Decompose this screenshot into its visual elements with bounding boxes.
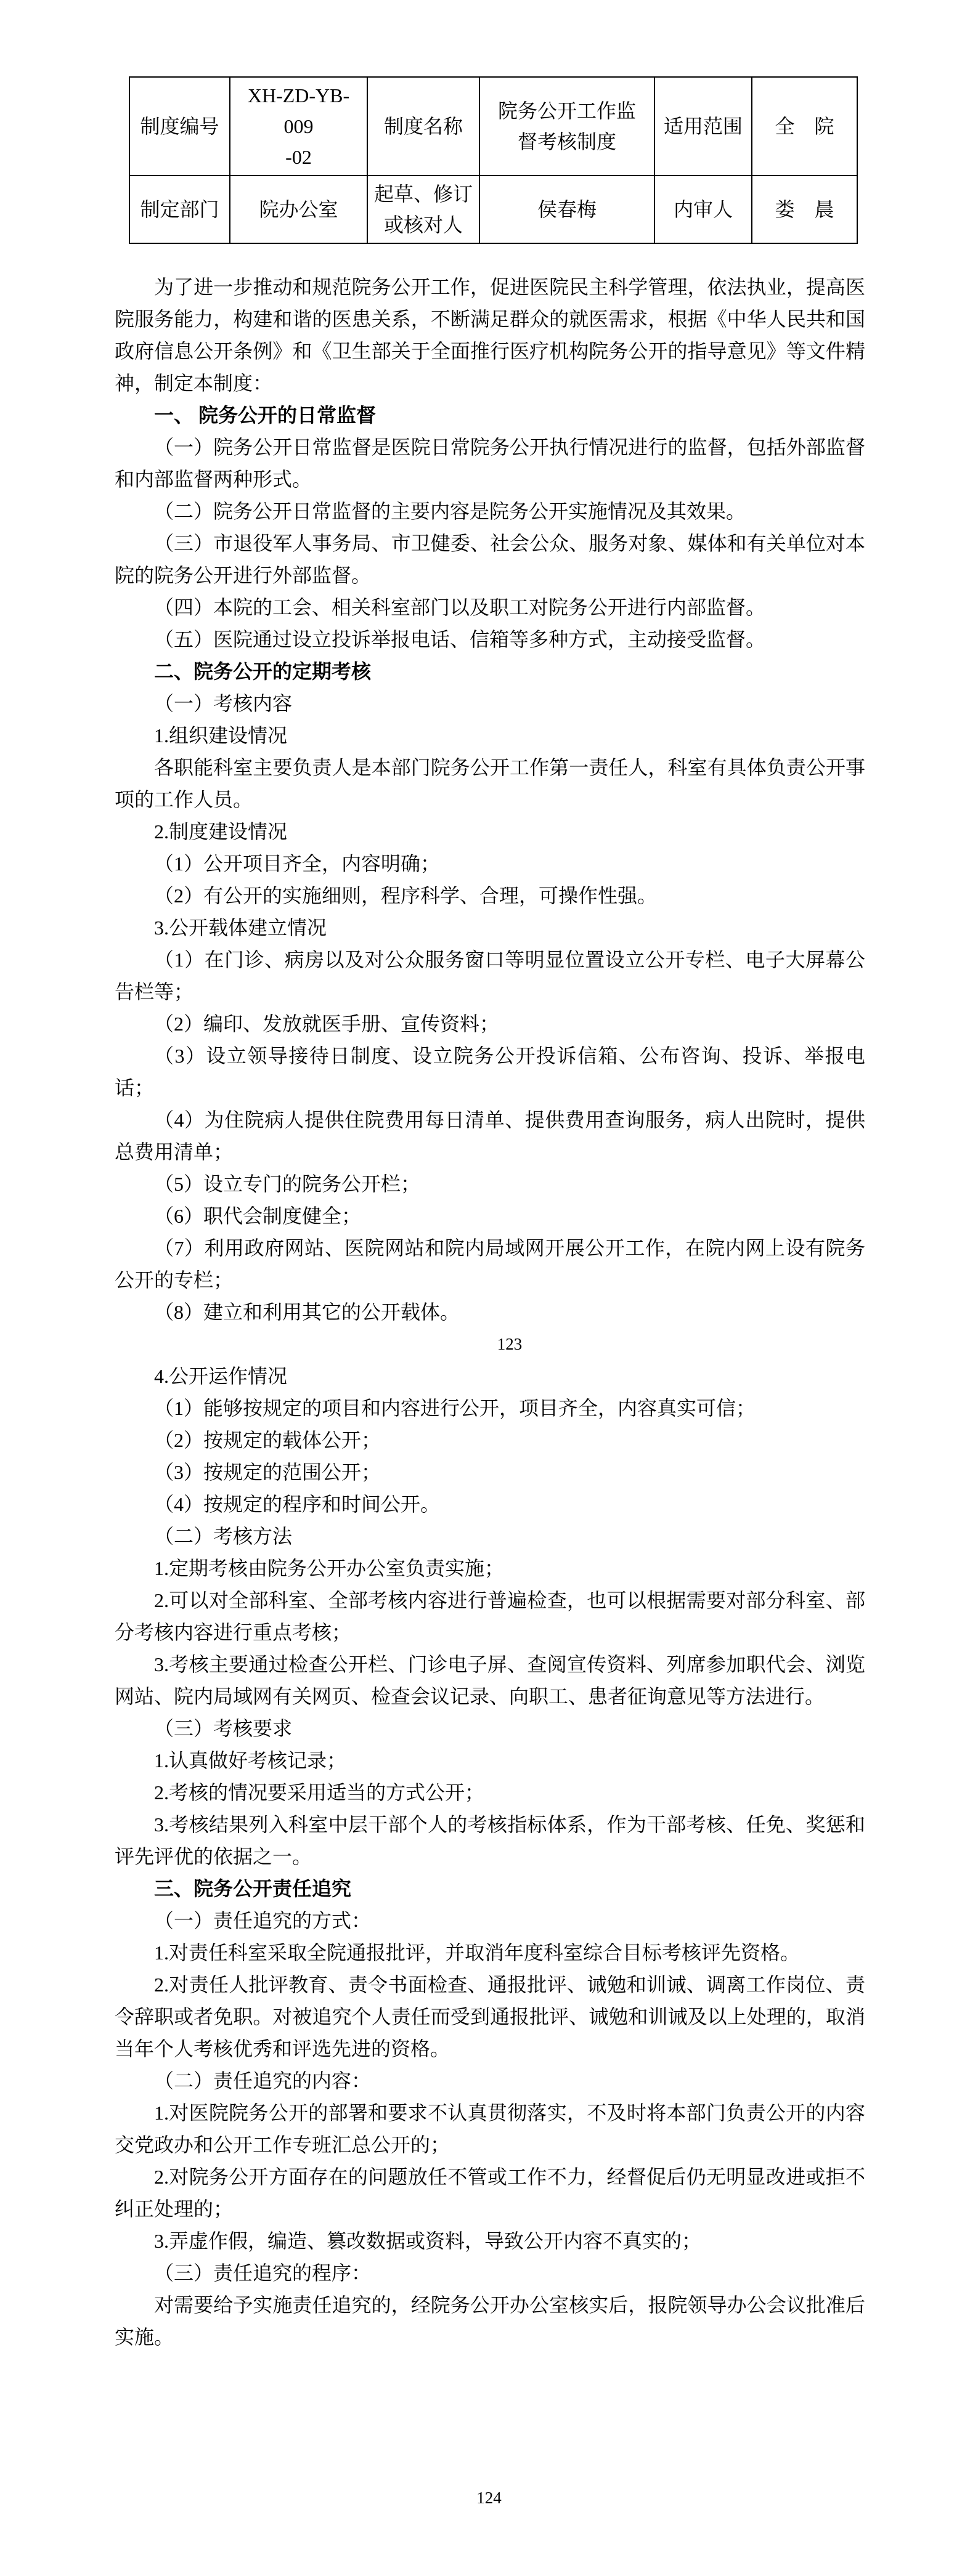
paragraph: （2）编印、发放就医手册、宣传资料； — [115, 1008, 865, 1040]
paragraph: 2.考核的情况要采用适当的方式公开； — [115, 1776, 865, 1808]
label-system-name: 制度名称 — [367, 77, 479, 176]
paragraph: 2.对院务公开方面存在的问题放任不管或工作不力，经督促后仍无明显改进或拒不纠正处… — [115, 2161, 865, 2225]
label-drafting-department: 制定部门 — [129, 176, 230, 243]
document-page: 制度编号 XH-ZD-YB-009 -02 制度名称 院务公开工作监 督考核制度… — [0, 0, 978, 2576]
value-system-name: 院务公开工作监 督考核制度 — [479, 77, 654, 176]
paragraph: （1）能够按规定的项目和内容进行公开，项目齐全，内容真实可信； — [115, 1392, 865, 1424]
paragraph: 1.组织建设情况 — [115, 719, 865, 751]
value-drafter: 侯春梅 — [479, 176, 654, 243]
paragraph: 1.认真做好考核记录； — [115, 1744, 865, 1776]
paragraph: （二）考核方法 — [115, 1520, 865, 1552]
paragraph: 3.弄虚作假，编造、篡改数据或资料，导致公开内容不真实的； — [115, 2225, 865, 2257]
section-heading-3: 三、院务公开责任追究 — [115, 1873, 865, 1905]
paragraph: （8）建立和利用其它的公开载体。 — [115, 1296, 865, 1328]
paragraph: 对需要给予实施责任追究的，经院务公开办公室核实后，报院领导办公会议批准后实施。 — [115, 2289, 865, 2353]
paragraph: （3）设立领导接待日制度、设立院务公开投诉信箱、公布咨询、投诉、举报电话； — [115, 1040, 865, 1104]
paragraph: 2.制度建设情况 — [115, 816, 865, 848]
paragraph: （5）设立专门的院务公开栏； — [115, 1168, 865, 1200]
document-content: 制度编号 XH-ZD-YB-009 -02 制度名称 院务公开工作监 督考核制度… — [0, 76, 978, 2353]
paragraph: （6）职代会制度健全； — [115, 1200, 865, 1232]
paragraph: （一）考核内容 — [115, 687, 865, 719]
paragraph: 3.考核结果列入科室中层干部个人的考核指标体系，作为干部考核、任免、奖惩和评先评… — [115, 1808, 865, 1873]
paragraph: 2.对责任人批评教育、责令书面检查、通报批评、诫勉和训诫、调离工作岗位、责令辞职… — [115, 1969, 865, 2065]
paragraph: （4）为住院病人提供住院费用每日清单、提供费用查询服务，病人出院时，提供总费用清… — [115, 1104, 865, 1168]
paragraph: （三）市退役军人事务局、市卫健委、社会公众、服务对象、媒体和有关单位对本院的院务… — [115, 527, 865, 591]
paragraph: （7）利用政府网站、医院网站和院内局域网开展公开工作，在院内网上设有院务公开的专… — [115, 1232, 865, 1296]
document-body: 为了进一步推动和规范院务公开工作，促进医院民主科学管理，依法执业，提高医院服务能… — [115, 271, 865, 2353]
paragraph: （五）医院通过设立投诉举报电话、信箱等多种方式，主动接受监督。 — [115, 623, 865, 655]
paragraph: （三）责任追究的程序： — [115, 2257, 865, 2289]
intro-paragraph: 为了进一步推动和规范院务公开工作，促进医院民主科学管理，依法执业，提高医院服务能… — [115, 271, 865, 399]
label-system-number: 制度编号 — [129, 77, 230, 176]
paragraph: （1）公开项目齐全，内容明确； — [115, 848, 865, 880]
section-heading-1: 一、 院务公开的日常监督 — [115, 399, 865, 431]
paragraph: （1）在门诊、病房以及对公众服务窗口等明显位置设立公开专栏、电子大屏幕公告栏等； — [115, 944, 865, 1008]
paragraph: 3.公开载体建立情况 — [115, 912, 865, 944]
label-drafter: 起草、修订 或核对人 — [367, 176, 479, 243]
value-system-number: XH-ZD-YB-009 -02 — [230, 77, 367, 176]
paragraph: 1.定期考核由院务公开办公室负责实施； — [115, 1552, 865, 1584]
paragraph: （2）有公开的实施细则，程序科学、合理，可操作性强。 — [115, 880, 865, 912]
page-number-123: 123 — [115, 1328, 865, 1360]
paragraph: 4.公开运作情况 — [115, 1360, 865, 1392]
paragraph: 各职能科室主要负责人是本部门院务公开工作第一责任人，科室有具体负责公开事项的工作… — [115, 751, 865, 816]
section-heading-2: 二、院务公开的定期考核 — [115, 655, 865, 687]
paragraph: （二）院务公开日常监督的主要内容是院务公开实施情况及其效果。 — [115, 495, 865, 527]
paragraph: 3.考核主要通过检查公开栏、门诊电子屏、查阅宣传资料、列席参加职代会、浏览网站、… — [115, 1648, 865, 1712]
paragraph: （一）院务公开日常监督是医院日常院务公开执行情况进行的监督，包括外部监督和内部监… — [115, 431, 865, 495]
paragraph: 2.可以对全部科室、全部考核内容进行普遍检查，也可以根据需要对部分科室、部分考核… — [115, 1584, 865, 1648]
paragraph: 1.对责任科室采取全院通报批评，并取消年度科室综合目标考核评先资格。 — [115, 1937, 865, 1969]
paragraph: （四）本院的工会、相关科室部门以及职工对院务公开进行内部监督。 — [115, 591, 865, 623]
meta-table-row: 制定部门 院办公室 起草、修订 或核对人 侯春梅 内审人 娄 晨 — [129, 176, 857, 243]
label-internal-auditor: 内审人 — [654, 176, 752, 243]
value-scope: 全 院 — [752, 77, 857, 176]
value-internal-auditor: 娄 晨 — [752, 176, 857, 243]
meta-table-row: 制度编号 XH-ZD-YB-009 -02 制度名称 院务公开工作监 督考核制度… — [129, 77, 857, 176]
value-drafting-department: 院办公室 — [230, 176, 367, 243]
document-meta-table: 制度编号 XH-ZD-YB-009 -02 制度名称 院务公开工作监 督考核制度… — [129, 76, 858, 244]
paragraph: （一）责任追究的方式： — [115, 1905, 865, 1937]
paragraph: （3）按规定的范围公开； — [115, 1456, 865, 1488]
paragraph: （2）按规定的载体公开； — [115, 1424, 865, 1456]
label-scope: 适用范围 — [654, 77, 752, 176]
paragraph: （三）考核要求 — [115, 1712, 865, 1744]
page-number-124: 124 — [0, 2489, 978, 2507]
paragraph: （二）责任追究的内容： — [115, 2065, 865, 2097]
paragraph: 1.对医院院务公开的部署和要求不认真贯彻落实，不及时将本部门负责公开的内容交党政… — [115, 2097, 865, 2161]
paragraph: （4）按规定的程序和时间公开。 — [115, 1488, 865, 1520]
